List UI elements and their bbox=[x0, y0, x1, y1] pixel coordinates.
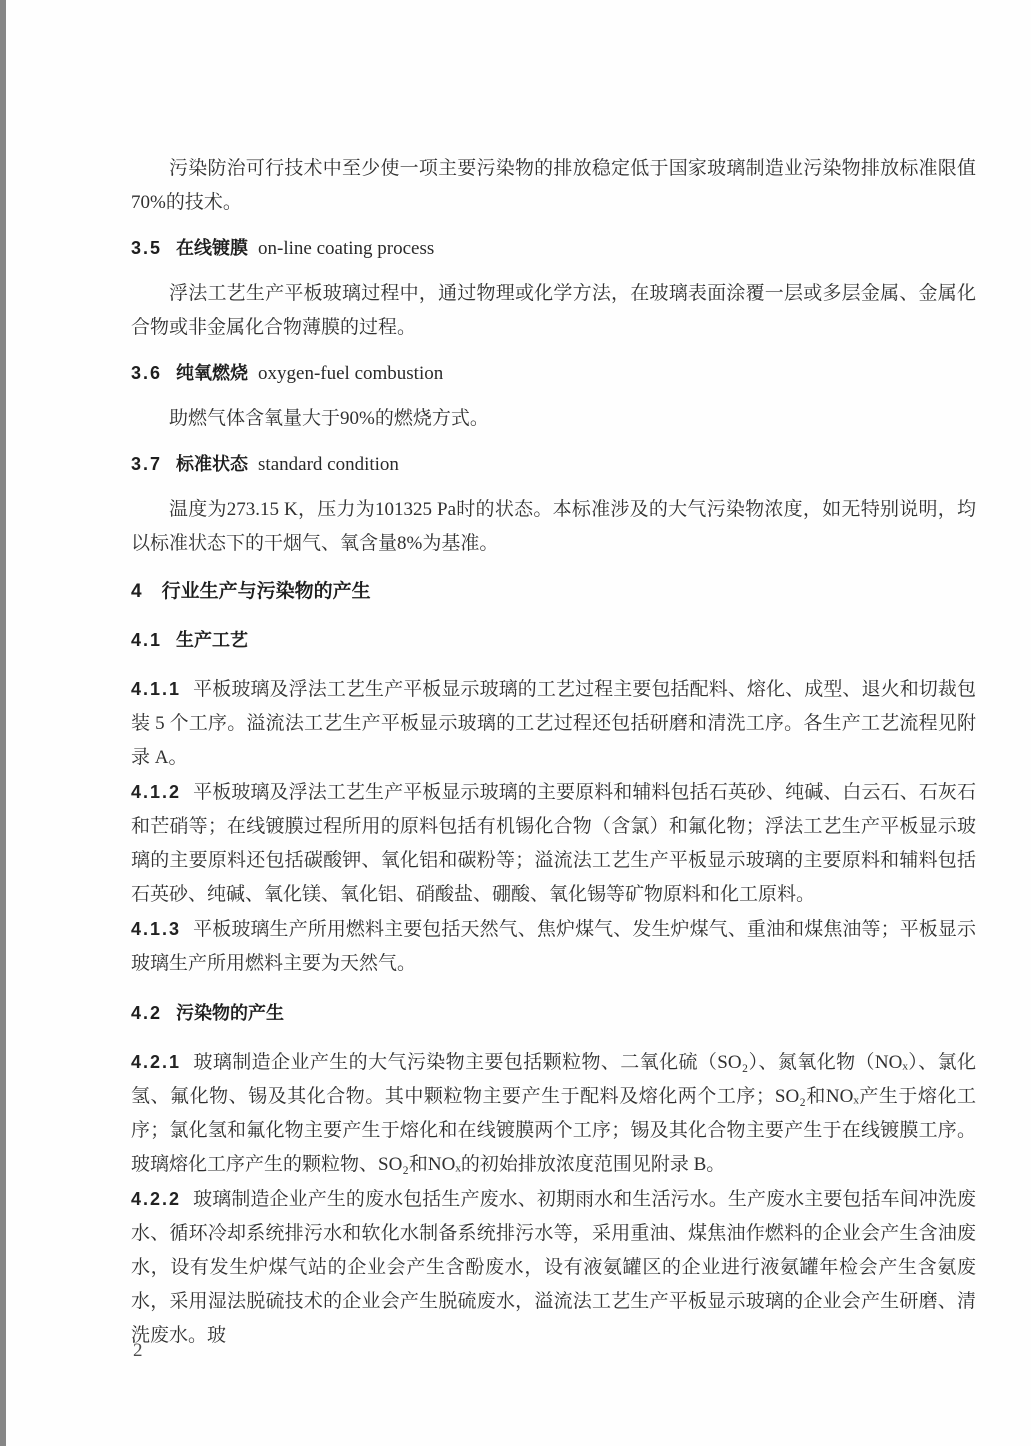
section-title: 生产工艺 bbox=[176, 630, 248, 650]
term-heading: 3.5在线镀膜on-line coating process bbox=[131, 236, 976, 261]
chapter-heading: 4行业生产与污染物的产生 bbox=[131, 580, 976, 604]
section-heading: 4.1生产工艺 bbox=[131, 628, 976, 652]
paragraph: 温度为273.15 K，压力为101325 Pa时的状态。本标准涉及的大气污染物… bbox=[131, 493, 976, 561]
document-page: 污染防治可行技术中至少使一项主要污染物的排放稳定低于国家玻璃制造业污染物排放标准… bbox=[131, 152, 976, 1353]
clause-number: 4.1.3 bbox=[131, 919, 181, 939]
term-en-label: oxygen-fuel combustion bbox=[258, 363, 443, 384]
clause-number: 4.1.2 bbox=[131, 782, 181, 802]
scan-left-edge bbox=[0, 0, 6, 1446]
clause-number: 4.2.2 bbox=[131, 1189, 181, 1209]
section-heading: 4.2污染物的产生 bbox=[131, 1001, 976, 1025]
term-heading: 3.6纯氧燃烧oxygen-fuel combustion bbox=[131, 361, 976, 386]
paragraph: 助燃气体含氧量大于90%的燃烧方式。 bbox=[131, 402, 976, 436]
clause-text: 平板玻璃及浮法工艺生产平板显示玻璃的工艺过程主要包括配料、熔化、成型、退火和切裁… bbox=[131, 679, 976, 768]
term-en-label: on-line coating process bbox=[258, 238, 434, 259]
clause-text: 平板玻璃生产所用燃料主要包括天然气、焦炉煤气、发生炉煤气、重油和煤焦油等；平板显… bbox=[131, 919, 976, 974]
clause-paragraph: 4.2.2玻璃制造企业产生的废水包括生产废水、初期雨水和生活污水。生产废水主要包… bbox=[131, 1182, 976, 1353]
clause-paragraph: 4.1.2平板玻璃及浮法工艺生产平板显示玻璃的主要原料和辅料包括石英砂、纯碱、白… bbox=[131, 775, 976, 912]
clause-text: 平板玻璃及浮法工艺生产平板显示玻璃的主要原料和辅料包括石英砂、纯碱、白云石、石灰… bbox=[131, 782, 976, 905]
term-number: 3.7 bbox=[131, 454, 162, 474]
term-zh-label: 在线镀膜 bbox=[176, 238, 248, 258]
paragraph: 污染防治可行技术中至少使一项主要污染物的排放稳定低于国家玻璃制造业污染物排放标准… bbox=[131, 152, 976, 220]
clause-number: 4.1.1 bbox=[131, 679, 181, 699]
section-number: 4.1 bbox=[131, 630, 162, 650]
chapter-title: 行业生产与污染物的产生 bbox=[162, 581, 371, 602]
clause-number: 4.2.1 bbox=[131, 1052, 181, 1072]
clause-text: 玻璃制造企业产生的大气污染物主要包括颗粒物、二氧化硫（SO₂）、氮氧化物（NOₓ… bbox=[131, 1052, 976, 1175]
section-title: 污染物的产生 bbox=[176, 1003, 284, 1023]
paragraph: 浮法工艺生产平板玻璃过程中，通过物理或化学方法，在玻璃表面涂覆一层或多层金属、金… bbox=[131, 277, 976, 345]
chapter-number: 4 bbox=[131, 581, 144, 602]
clause-paragraph: 4.2.1玻璃制造企业产生的大气污染物主要包括颗粒物、二氧化硫（SO₂）、氮氧化… bbox=[131, 1045, 976, 1182]
term-heading: 3.7标准状态standard condition bbox=[131, 452, 976, 477]
term-zh-label: 标准状态 bbox=[176, 454, 248, 474]
clause-paragraph: 4.1.3平板玻璃生产所用燃料主要包括天然气、焦炉煤气、发生炉煤气、重油和煤焦油… bbox=[131, 912, 976, 981]
section-number: 4.2 bbox=[131, 1003, 162, 1023]
term-number: 3.6 bbox=[131, 363, 162, 383]
clause-paragraph: 4.1.1平板玻璃及浮法工艺生产平板显示玻璃的工艺过程主要包括配料、熔化、成型、… bbox=[131, 672, 976, 775]
clause-text: 玻璃制造企业产生的废水包括生产废水、初期雨水和生活污水。生产废水主要包括车间冲洗… bbox=[131, 1189, 976, 1346]
term-en-label: standard condition bbox=[258, 454, 399, 475]
page-number: 2 bbox=[133, 1340, 143, 1362]
term-zh-label: 纯氧燃烧 bbox=[176, 363, 248, 383]
term-number: 3.5 bbox=[131, 238, 162, 258]
